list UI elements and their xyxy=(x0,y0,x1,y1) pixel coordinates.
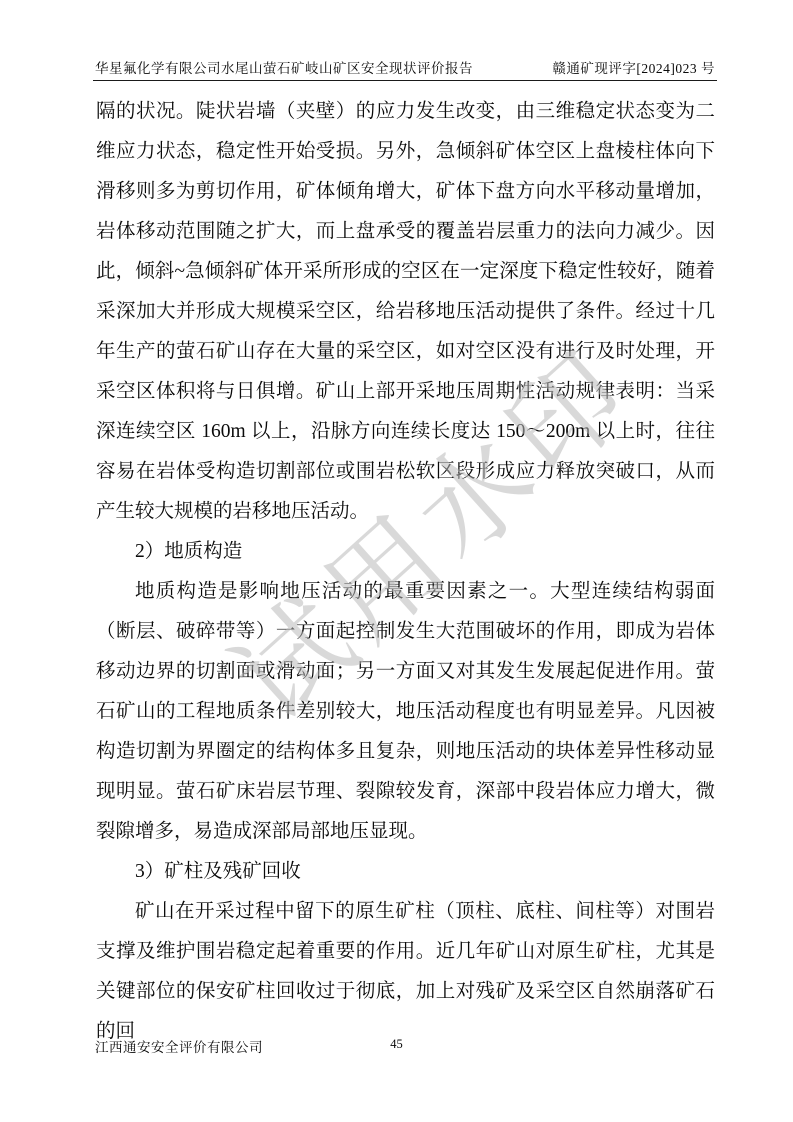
body-paragraph: 隔的状况。陡状岩墙（夹壁）的应力发生改变，由三维稳定状态变为二维应力状态，稳定性… xyxy=(96,92,715,532)
header-divider xyxy=(93,80,717,81)
section-heading: 3）矿柱及残矿回收 xyxy=(96,852,715,892)
header-report-title: 华星氟化学有限公司水尾山萤石矿岐山矿区安全现状评价报告 xyxy=(95,57,473,77)
document-page: 华星氟化学有限公司水尾山萤石矿岐山矿区安全现状评价报告 赣通矿现评字[2024]… xyxy=(0,0,793,1122)
section-heading: 2）地质构造 xyxy=(96,532,715,572)
page-footer: 江西通安安全评价有限公司 45 xyxy=(0,1036,793,1058)
body-paragraph: 地质构造是影响地压活动的最重要因素之一。大型连续结构弱面（断层、破碎带等）一方面… xyxy=(96,572,715,852)
header-doc-number: 赣通矿现评字[2024]023 号 xyxy=(552,57,715,77)
page-number: 45 xyxy=(0,1037,793,1052)
page-header: 华星氟化学有限公司水尾山萤石矿岐山矿区安全现状评价报告 赣通矿现评字[2024]… xyxy=(95,57,715,77)
document-body: 隔的状况。陡状岩墙（夹壁）的应力发生改变，由三维稳定状态变为二维应力状态，稳定性… xyxy=(96,92,715,1052)
body-paragraph: 矿山在开采过程中留下的原生矿柱（顶柱、底柱、间柱等）对围岩支撑及维护围岩稳定起着… xyxy=(96,892,715,1052)
